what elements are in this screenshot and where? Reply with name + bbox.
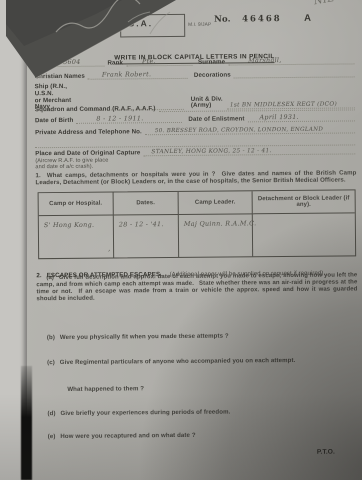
row-dates: Date of Birth 8 - 12 - 1911. Date of Enl… xyxy=(35,111,355,124)
date-of-enlistment-field: April 1931. xyxy=(247,111,355,122)
leader-value: Maj Quinn. R.A.M.C. xyxy=(184,219,257,228)
aircrew-note: (Aircrew R.A.F. to give place and date o… xyxy=(35,158,108,171)
date-of-birth-value: 8 - 12 - 1911. xyxy=(96,114,143,122)
camp-value: S' Hong Kong. xyxy=(44,221,94,229)
date-of-birth-label: Date of Birth xyxy=(35,117,76,124)
question-1: 1. What camps, detachments or hospitals … xyxy=(35,169,356,186)
aircrew-note-line2: and date of a/c crash). xyxy=(35,164,108,171)
row-capture: Place and Date of Original Capture STANL… xyxy=(35,144,355,157)
address-value: 50. BRESSEY ROAD, CROYDON, LONDON, ENGLA… xyxy=(155,127,323,134)
camp-table-cell-dates: 28 - 12 - '41. xyxy=(114,215,179,258)
question-2a: (a) Give full description and approx. da… xyxy=(36,272,357,303)
surname-value: Marshall, xyxy=(248,56,282,64)
date-of-birth-field: 8 - 12 - 1911. xyxy=(76,113,182,124)
date-of-enlistment-value: April 1931. xyxy=(259,113,299,121)
surname-field: Marshall, xyxy=(228,54,354,65)
date-of-enlistment-label: Date of Enlistment xyxy=(188,115,247,123)
left-edge-shadow-bar xyxy=(21,366,32,480)
camp-table-header-leader: Camp Leader. xyxy=(179,191,253,215)
scanned-form-page: B.A. M.I. 9/JAP No. 46468 A NIL WRITE IN… xyxy=(0,0,362,480)
camp-table-cell-leader: Maj Quinn. R.A.M.C. xyxy=(179,214,253,257)
question-2c-followup: What happened to them ? xyxy=(67,385,144,393)
address-field: 50. BRESSEY ROAD, CROYDON, LONDON, ENGLA… xyxy=(145,123,355,135)
camp-table-header-camp: Camp or Hospital. xyxy=(39,193,114,217)
camp-table: Camp or Hospital. Dates. Camp Leader. De… xyxy=(38,189,357,259)
camp-table-header-dates: Dates. xyxy=(114,192,179,216)
question-2e: (e) How were you recaptured and on what … xyxy=(48,432,196,440)
address-label: Private Address and Telephone No. xyxy=(35,128,145,136)
serial-number: 46468 xyxy=(242,16,282,23)
decorations-field xyxy=(234,67,355,78)
capture-label: Place and Date of Original Capture xyxy=(35,149,143,157)
camp-table-cell-detachment xyxy=(253,213,355,256)
squadron-field xyxy=(158,100,354,112)
capture-value: STANLEY, HONG KONG, 25 - 12 - 41. xyxy=(151,148,271,155)
question-2c: (c) Give Regimental particulars of anyon… xyxy=(47,357,295,366)
camp-table-header-detachment: Detachment or Block Leader (if any). xyxy=(253,190,355,214)
row-address: Private Address and Telephone No. 50. BR… xyxy=(35,123,355,136)
camp-table-cell-camp: S' Hong Kong. xyxy=(39,216,114,259)
squadron-label: Squadron and Command (R.A.F., A.A.F.) xyxy=(35,105,159,113)
question-2d: (d) Give briefly your experiences during… xyxy=(47,409,230,418)
pto-footer: P.T.O. xyxy=(317,449,335,456)
corner-handwritten-note: NIL xyxy=(313,0,335,7)
dates-value: 28 - 12 - '41. xyxy=(119,220,164,228)
serial-no-label: No. xyxy=(214,17,231,24)
capture-field: STANLEY, HONG KONG, 25 - 12 - 41. xyxy=(143,144,355,156)
question-2b: (b) Were you physically fit when you mad… xyxy=(47,333,229,342)
pencil-stroke-through-stamp xyxy=(150,12,170,34)
stray-pencil-mark: , xyxy=(108,245,111,253)
folded-corner-overlay xyxy=(0,0,210,100)
series-letter: A xyxy=(304,15,311,22)
